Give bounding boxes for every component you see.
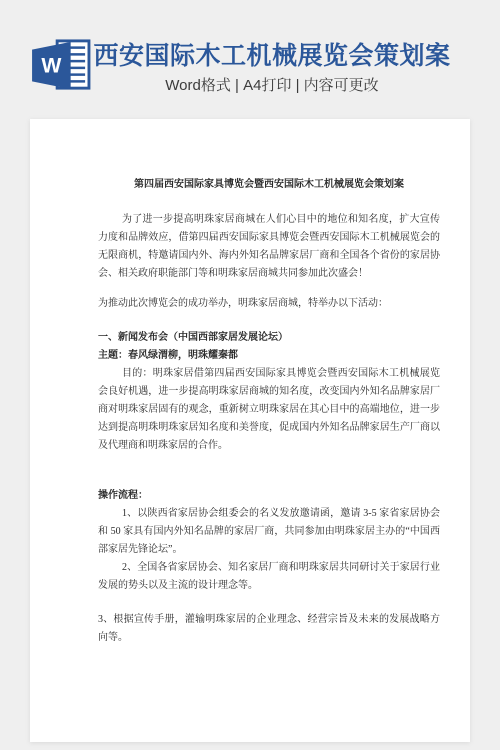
doc-heading-press-conference: 一、新闻发布会（中国西部家居发展论坛）: [98, 329, 440, 347]
template-subtitle: Word格式 | A4打印 | 内容可更改: [44, 77, 500, 94]
doc-paragraph-step-1: 1、以陕西省家居协会组委会的名义发放邀请函，邀请 3-5 家省家居协会和 50 …: [98, 505, 440, 559]
doc-paragraph-step-3: 3、根据宣传手册，灌输明珠家居的企业理念、经营宗旨及未来的发展战略方向等。: [98, 611, 440, 647]
doc-paragraph-step-2: 2、全国各省家居协会、知名家居厂商和明珠家居共同研讨关于家居行业发展的势头以及主…: [98, 559, 440, 595]
doc-heading-procedure: 操作流程：: [98, 487, 440, 505]
doc-line-theme: 主题：春风绿渭柳，明珠耀秦都: [98, 347, 440, 365]
template-header: W 西安国际木工机械展览会策划案 Word格式 | A4打印 | 内容可更改: [0, 0, 500, 119]
template-title: 西安国际木工机械展览会策划案: [44, 42, 500, 70]
doc-paragraph-intro: 为了进一步提高明珠家居商城在人们心目中的地位和知名度，扩大宣传力度和品牌效应，借…: [98, 211, 440, 283]
document-title: 第四届西安国际家具博览会暨西安国际木工机械展览会策划案: [98, 176, 440, 194]
doc-paragraph-promote: 为推动此次博览会的成功举办，明珠家居商城，特举办以下活动：: [98, 295, 440, 313]
header-text-block: 西安国际木工机械展览会策划案 Word格式 | A4打印 | 内容可更改: [44, 42, 500, 94]
document-page-preview: 第四届西安国际家具博览会暨西安国际木工机械展览会策划案 为了进一步提高明珠家居商…: [30, 119, 470, 742]
doc-paragraph-purpose: 目的：明珠家居借第四届西安国际家具博览会暨西安国际木工机械展览会良好机遇，进一步…: [98, 365, 440, 455]
